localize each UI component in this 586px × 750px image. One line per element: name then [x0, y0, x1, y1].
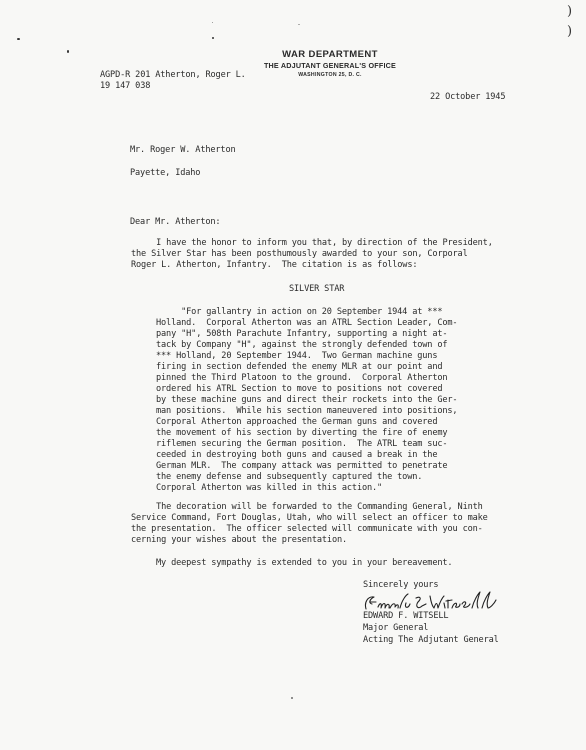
paper-speck: [67, 50, 69, 53]
award-title: SILVER STAR: [289, 284, 344, 295]
signatory-title: Acting The Adjutant General: [363, 635, 499, 646]
service-number: 19 147 038: [100, 81, 150, 92]
letter-page: WAR DEPARTMENT THE ADJUTANT GENERAL'S OF…: [0, 0, 586, 750]
margin-mark: ): [567, 24, 572, 39]
citation-text: "For gallantry in action on 20 September…: [156, 307, 457, 494]
sympathy-paragraph: My deepest sympathy is extended to you i…: [156, 558, 452, 569]
letterhead-office: THE ADJUTANT GENERAL'S OFFICE: [240, 61, 420, 70]
signatory-name: EDWARD F. WITSELL: [363, 611, 448, 622]
recipient-name: Mr. Roger W. Atherton: [130, 145, 236, 156]
letterhead-city: WASHINGTON 25, D. C.: [240, 72, 420, 78]
opening-paragraph: I have the honor to inform you that, by …: [131, 238, 493, 271]
file-reference: AGPD-R 201 Atherton, Roger L.: [100, 70, 246, 81]
letterhead-department: WAR DEPARTMENT: [240, 49, 420, 60]
paper-speck: [291, 697, 293, 699]
presentation-paragraph: The decoration will be forwarded to the …: [131, 502, 488, 546]
paper-speck: [212, 37, 214, 39]
margin-mark: ): [567, 4, 572, 19]
recipient-location: Payette, Idaho: [130, 168, 200, 179]
salutation: Dear Mr. Atherton:: [130, 217, 220, 228]
paper-speck: [17, 38, 20, 40]
letter-date: 22 October 1945: [430, 92, 505, 103]
signatory-rank: Major General: [363, 623, 428, 634]
paper-speck: [212, 22, 213, 23]
paper-speck: [298, 24, 300, 25]
